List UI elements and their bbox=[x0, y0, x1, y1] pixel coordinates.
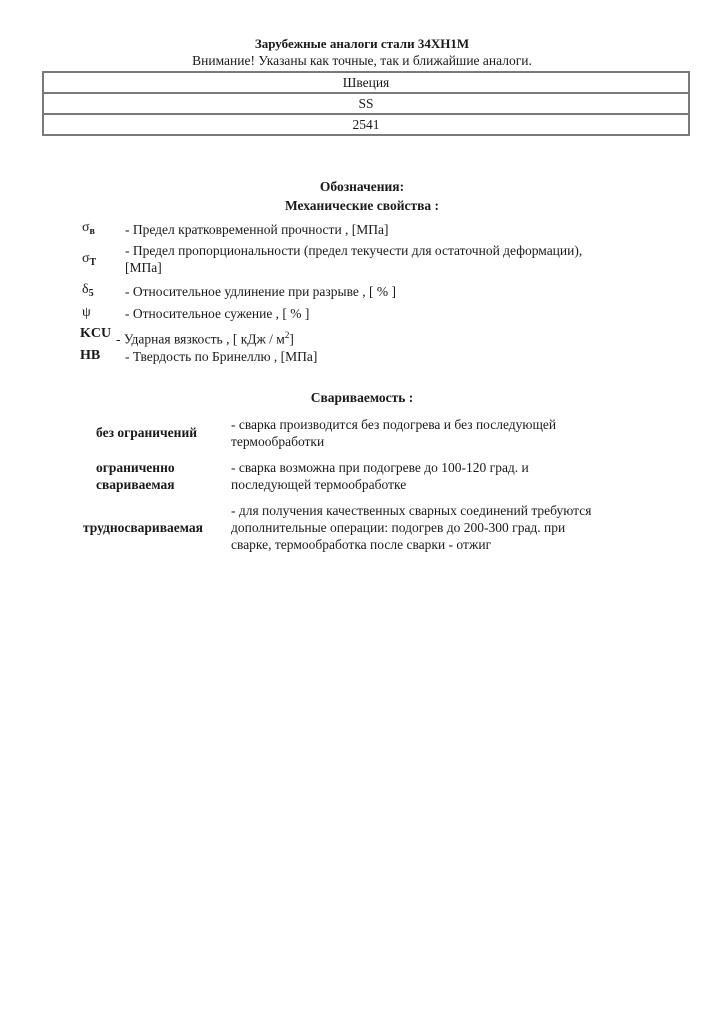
country-cell: Швеция bbox=[43, 72, 689, 93]
notice-text: Внимание! Указаны как точные, так и ближ… bbox=[0, 53, 724, 69]
desc-psi: - Относительное сужение , [ % ] bbox=[125, 305, 309, 322]
desc-line: [МПа] bbox=[125, 259, 582, 276]
weld-term-limited: ограниченно свариваемая bbox=[96, 459, 175, 493]
weld-term-difficult: трудносвариваемая bbox=[83, 519, 203, 536]
desc-kcu: - Ударная вязкость , [ кДж / м2] bbox=[116, 327, 294, 348]
weld-desc-difficult: - для получения качественных сварных сое… bbox=[231, 502, 631, 553]
desc-hb: - Твердость по Бринеллю , [МПа] bbox=[125, 348, 317, 365]
weldability-title: Свариваемость : bbox=[0, 390, 724, 406]
desc-delta-5: - Относительное удлинение при разрыве , … bbox=[125, 283, 396, 300]
term-line: ограниченно bbox=[96, 459, 175, 476]
desc-line: - сварка производится без подогрева и бе… bbox=[231, 416, 631, 433]
symbol-sigma-t: σT bbox=[82, 251, 96, 267]
grade-cell: 2541 bbox=[43, 114, 689, 135]
term-line: свариваемая bbox=[96, 476, 175, 493]
desc-line: дополнительные операции: подогрев до 200… bbox=[231, 519, 631, 536]
table-row: SS bbox=[43, 93, 689, 114]
table-row: Швеция bbox=[43, 72, 689, 93]
page-title: Зарубежные аналоги стали 34ХН1М bbox=[0, 36, 724, 52]
symbol-psi: ψ bbox=[82, 305, 91, 321]
symbol-delta-5: δ5 bbox=[82, 282, 94, 298]
desc-sigma-t: - Предел пропорциональности (предел теку… bbox=[125, 242, 582, 276]
weld-desc-unrestricted: - сварка производится без подогрева и бе… bbox=[231, 416, 631, 450]
desc-line: - для получения качественных сварных сое… bbox=[231, 502, 631, 519]
weld-desc-limited: - сварка возможна при подогреве до 100-1… bbox=[231, 459, 631, 493]
mech-properties-title: Механические свойства : bbox=[0, 198, 724, 214]
desc-line: термообработки bbox=[231, 433, 631, 450]
symbol-kcu: KCU bbox=[80, 326, 111, 342]
symbol-sigma-v: σв bbox=[82, 220, 95, 236]
standard-cell: SS bbox=[43, 93, 689, 114]
desc-line: последующей термообработке bbox=[231, 476, 631, 493]
legend-title: Обозначения: bbox=[0, 179, 724, 195]
desc-line: - сварка возможна при подогреве до 100-1… bbox=[231, 459, 631, 476]
desc-sigma-v: - Предел кратковременной прочности , [МП… bbox=[125, 221, 389, 238]
table-row: 2541 bbox=[43, 114, 689, 135]
analogs-table: Швеция SS 2541 bbox=[42, 71, 690, 136]
symbol-hb: HB bbox=[80, 348, 100, 364]
desc-line: сварке, термообработка после сварки - от… bbox=[231, 536, 631, 553]
desc-line: - Предел пропорциональности (предел теку… bbox=[125, 242, 582, 259]
weld-term-unrestricted: без ограничений bbox=[96, 424, 197, 441]
